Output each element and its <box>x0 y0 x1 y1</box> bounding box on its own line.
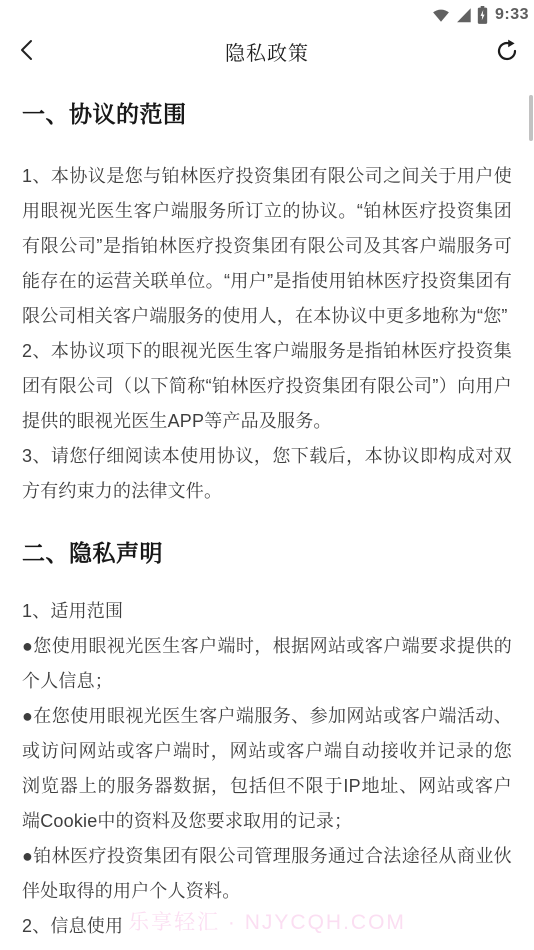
cellular-signal-icon <box>455 7 472 23</box>
back-chevron-icon <box>18 38 36 65</box>
section-heading-privacy: 二、隐私声明 <box>22 539 512 568</box>
paragraph-privacy-scope-title: 1、适用范围 <box>22 594 512 629</box>
nav-bar: 隐私政策 <box>0 27 534 75</box>
paragraph-scope-1: 1、本协议是您与铂林医疗投资集团有限公司之间关于用户使用眼视光医生客户端服务所订… <box>22 159 512 334</box>
refresh-icon <box>495 38 519 65</box>
status-bar: 9:33 <box>0 0 534 27</box>
paragraph-scope-2: 2、本协议项下的眼视光医生客户端服务是指铂林医疗投资集团有限公司（以下简称“铂林… <box>22 334 512 439</box>
privacy-policy-screen: 9:33 隐私政策 一、协议的范围 1、本协议是您与铂林医疗投资集团有限公司之间… <box>0 0 534 950</box>
wifi-icon <box>432 7 450 23</box>
paragraph-privacy-bullet-3: ●铂林医疗投资集团有限公司管理服务通过合法途径从商业伙伴处取得的用户个人资料。 <box>22 839 512 909</box>
paragraph-scope-3: 3、请您仔细阅读本使用协议，您下载后，本协议即构成对双方有约束力的法律文件。 <box>22 439 512 509</box>
scrollbar-thumb[interactable] <box>529 95 533 141</box>
policy-content: 一、协议的范围 1、本协议是您与铂林医疗投资集团有限公司之间关于用户使用眼视光医… <box>0 75 534 944</box>
section-heading-scope: 一、协议的范围 <box>22 100 512 129</box>
page-title: 隐私政策 <box>225 37 309 66</box>
paragraph-privacy-bullet-2: ●在您使用眼视光医生客户端服务、参加网站或客户端活动、或访问网站或客户端时，网站… <box>22 699 512 839</box>
paragraph-info-use-title: 2、信息使用 <box>22 909 512 944</box>
refresh-button[interactable] <box>484 27 530 75</box>
battery-charging-icon <box>477 6 488 24</box>
paragraph-privacy-bullet-1: ●您使用眼视光医生客户端时，根据网站或客户端要求提供的个人信息； <box>22 629 512 699</box>
status-time: 9:33 <box>495 6 529 24</box>
back-button[interactable] <box>4 27 50 75</box>
